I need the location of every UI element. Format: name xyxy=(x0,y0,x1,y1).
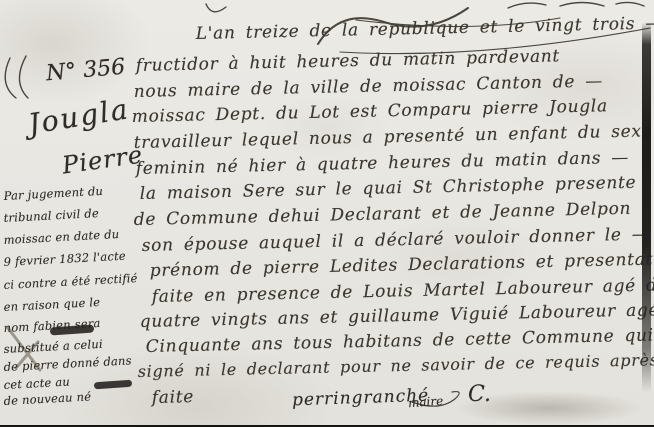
ink-scribble xyxy=(50,324,94,335)
margin-annotation-line: substitué a celui xyxy=(3,338,103,356)
ink-scribble xyxy=(94,380,132,390)
body-line: L'an treize de la republique et le vingt… xyxy=(196,13,654,44)
margin-surname: Jougla xyxy=(26,92,132,141)
cutoff-stroke-icon xyxy=(206,4,226,12)
margin-annotation-line: cet acte au xyxy=(3,376,70,392)
body-line: faite xyxy=(152,387,195,408)
record-number: N° 356 xyxy=(45,55,126,87)
left-curl-icon xyxy=(5,56,28,98)
body-line: de Commune dehui Declarant et de Jeanne … xyxy=(134,199,632,230)
margin-annotation-line: Par jugement du xyxy=(3,185,103,203)
margin-annotation-line: ci contre a été rectifié xyxy=(3,272,138,292)
margin-annotation-line: en raison que le xyxy=(3,296,100,314)
margin-annotation-line: de pierre donné dans xyxy=(3,354,132,374)
margin-annotation-line: tribunal civil de xyxy=(3,207,99,225)
scanned-register-page: N° 356 Jougla Pierre Par jugement du tri… xyxy=(0,0,654,427)
mayor-title: maire xyxy=(408,394,444,410)
cutoff-words-icon xyxy=(508,2,644,8)
body-line: moissac Dept. du Lot est Comparu pierre … xyxy=(132,96,608,127)
body-line: fructidor à huit heures du matin pardeva… xyxy=(136,46,561,76)
bottom-right-smudge xyxy=(454,391,644,425)
margin-given-name: Pierre xyxy=(60,140,144,179)
margin-annotation-line: 9 fevrier 1832 l'acte xyxy=(3,250,126,269)
margin-annotation-line: de nouveau né xyxy=(3,390,91,408)
margin-annotation-line: moissac en date du xyxy=(3,228,119,247)
binding-shadow xyxy=(642,22,651,393)
